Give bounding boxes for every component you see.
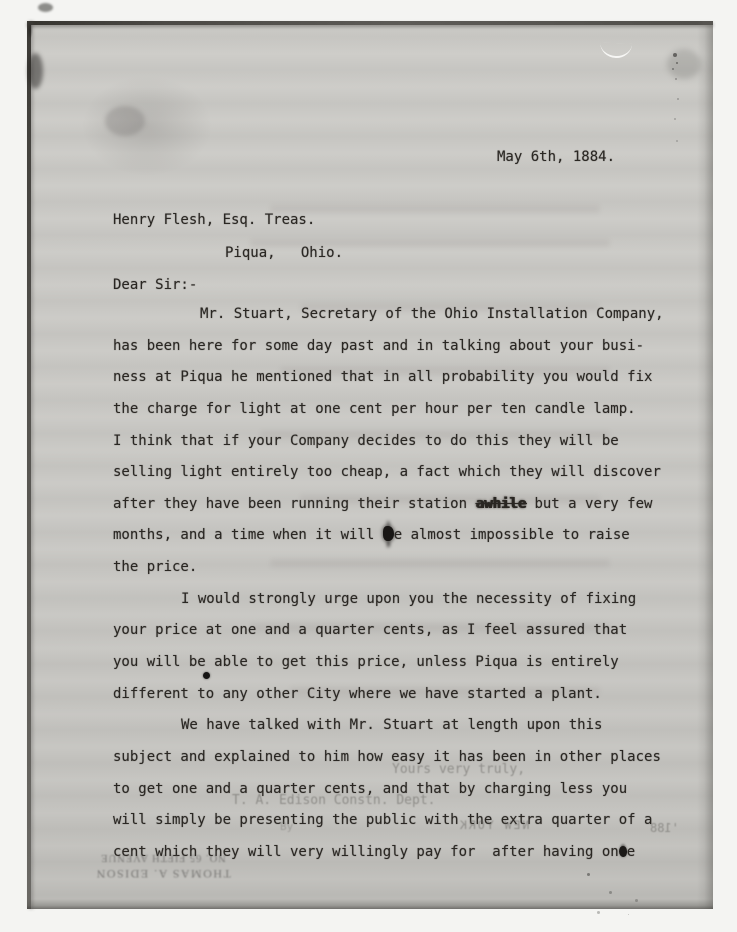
letter-line: you will be able to get this price, unle…: [113, 647, 691, 679]
letter-line: the price.: [113, 552, 691, 584]
line-text: after they have been running their stati…: [113, 496, 475, 512]
ink-speck-cluster: [673, 53, 677, 57]
stray-ink-dot: [203, 672, 210, 679]
letter-body: Mr. Stuart, Secretary of the Ohio Instal…: [113, 299, 691, 869]
letter-line: has been here for some day past and in t…: [113, 331, 691, 363]
ghost-by-label: By: [280, 820, 293, 833]
letterhead-bleed-through: THOMAS A. EDISON NO. 65 FIFTH AVENUE: [75, 852, 251, 881]
paper-top-edge: [27, 21, 713, 25]
smudge-stain: [105, 106, 145, 136]
line-text: but a very few: [526, 496, 652, 512]
letter-line: different to any other City where we hav…: [113, 679, 691, 711]
scanned-letter-photo: May 6th, 1884. Henry Flesh, Esq. Treas. …: [0, 0, 737, 932]
line-text: months, and a time when it will: [113, 527, 383, 543]
salutation: Dear Sir:-: [113, 277, 197, 293]
letter-line: ness at Piqua he mentioned that in all p…: [113, 362, 691, 394]
ink-speck-cluster: [587, 873, 590, 876]
bleed-through-smear: [270, 205, 600, 213]
letter-line: will simply be presenting the public wit…: [113, 805, 691, 837]
line-text: e almost impossible to raise: [394, 527, 630, 543]
ink-blot: [383, 526, 394, 541]
ghost-year-fragment: '188: [650, 821, 679, 835]
letterhead-address: NO. 65 FIFTH AVENUE: [75, 852, 251, 863]
scratch-mark: [600, 42, 633, 58]
paper-left-edge: [27, 21, 31, 909]
edge-ink-blot: [28, 53, 43, 89]
ink-blot-small: [619, 846, 627, 857]
letter-line: selling light entirely too cheap, a fact…: [113, 457, 691, 489]
letter-line: your price at one and a quarter cents, a…: [113, 615, 691, 647]
recipient-name-line: Henry Flesh, Esq. Treas.: [113, 212, 315, 228]
ink-speck: [38, 3, 53, 12]
paper-bottom-edge: [27, 899, 713, 909]
letter-paper: May 6th, 1884. Henry Flesh, Esq. Treas. …: [27, 21, 713, 909]
smudge-stain: [82, 76, 212, 176]
struck-out-word: awhile: [475, 496, 526, 512]
letter-line: months, and a time when it will e almost…: [113, 520, 691, 552]
ghost-department: T. A. Edison Constn. Dept.: [232, 793, 436, 808]
letter-date: May 6th, 1884.: [497, 149, 615, 165]
letter-line: I think that if your Company decides to …: [113, 426, 691, 458]
letter-line: I would strongly urge upon you the neces…: [113, 584, 691, 616]
recipient-place-line: Piqua, Ohio.: [225, 245, 343, 261]
letterhead-name: THOMAS A. EDISON: [75, 866, 251, 881]
letter-line: after they have been running their stati…: [113, 489, 691, 521]
line-text: e: [627, 844, 635, 860]
ghost-city: NEW YORK: [458, 818, 529, 832]
paper-right-edge: [697, 21, 713, 909]
letter-line: Mr. Stuart, Secretary of the Ohio Instal…: [113, 299, 691, 331]
ghost-closing: Yours very truly,: [392, 762, 525, 777]
letter-line: the charge for light at one cent per hou…: [113, 394, 691, 426]
letter-line: We have talked with Mr. Stuart at length…: [113, 710, 691, 742]
